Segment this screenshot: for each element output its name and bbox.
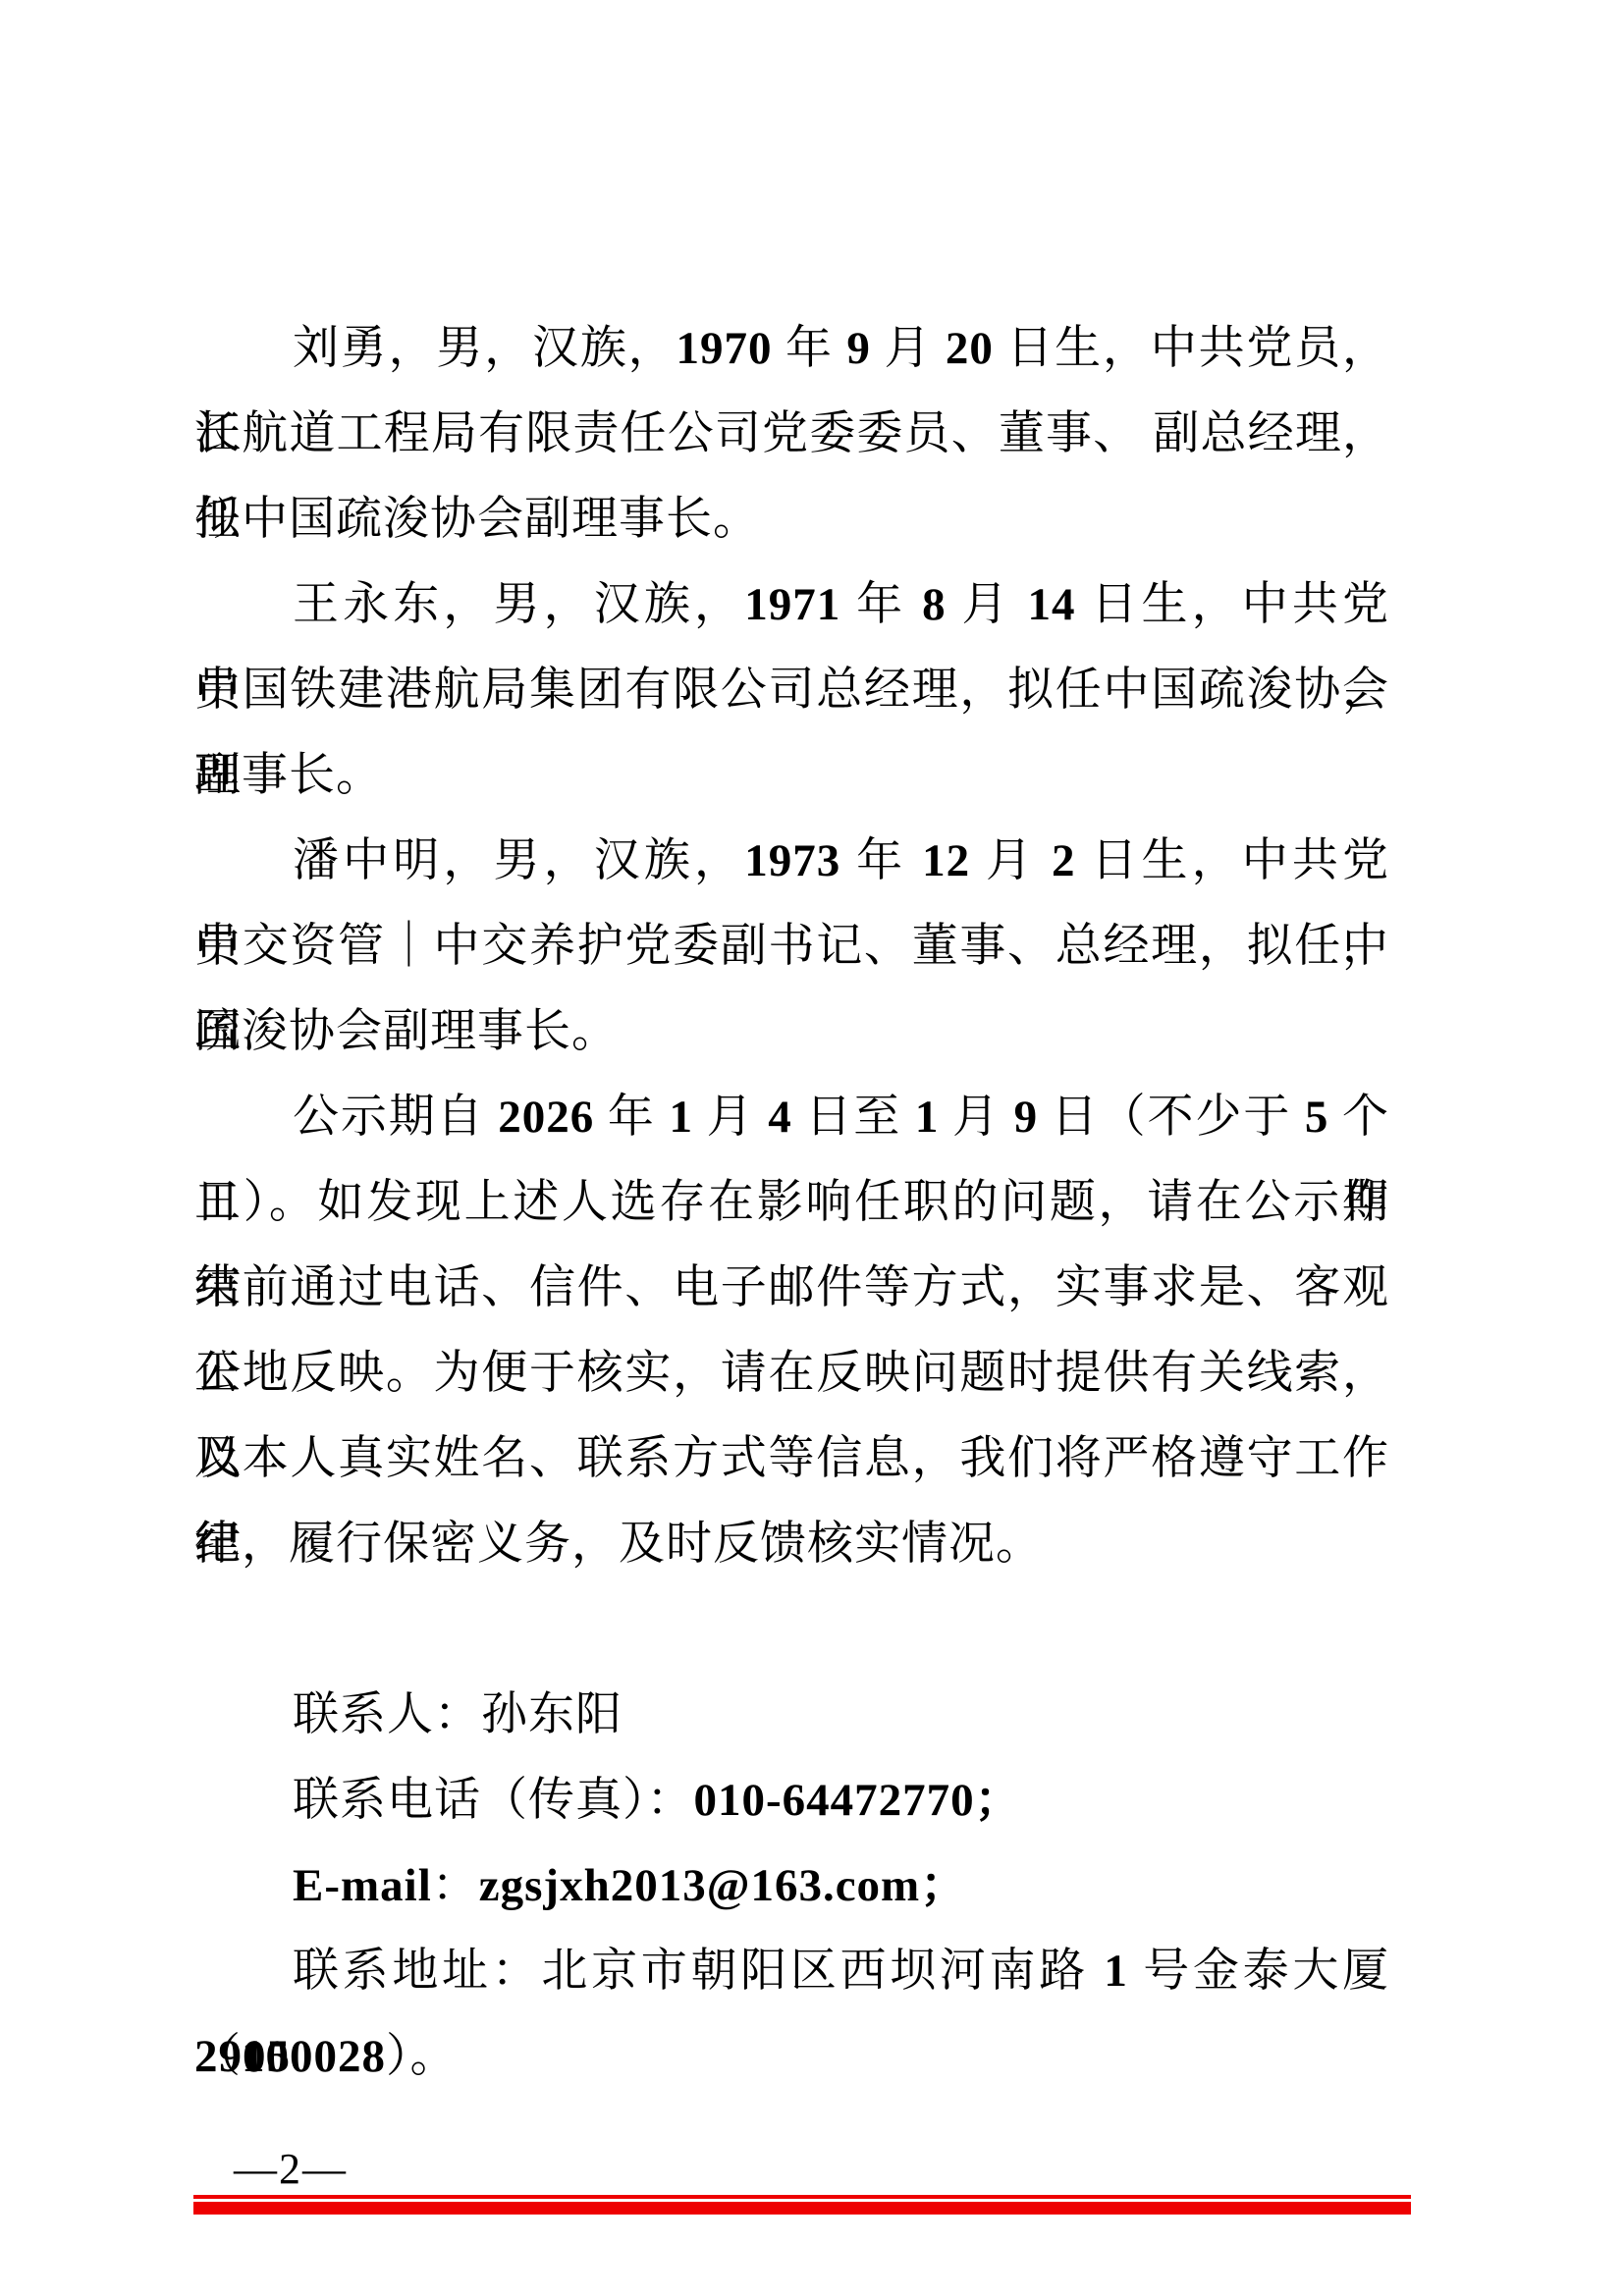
text-line: 刘勇，男，汉族，1970 年 9 月 20 日生，中共党员，长 bbox=[194, 306, 1389, 392]
text-segment: 月 bbox=[939, 1092, 1013, 1143]
text-segment: ）。 bbox=[386, 2031, 458, 2082]
text-line: 公示期自 2026 年 1 月 4 日至 1 月 9 日（不少于 5 个工作 bbox=[194, 1075, 1389, 1160]
text-line: 联系人：孙东阳 bbox=[194, 1673, 1389, 1758]
text-segment: 律，履行保密义务，及时反馈核实情况。 bbox=[194, 1519, 1043, 1570]
text-segment: 号金泰大厦 bbox=[1128, 1946, 1389, 1997]
text-line: 束前通过电话、信件、电子邮件等方式，实事求是、客观公 bbox=[194, 1246, 1389, 1331]
text-line: 律，履行保密义务，及时反馈核实情况。 bbox=[194, 1502, 1389, 1587]
text-segment: 年 bbox=[840, 835, 922, 886]
text-line: 联系电话（传真）：010-64472770； bbox=[194, 1758, 1389, 1843]
bold-text-segment: 5 bbox=[1305, 1092, 1329, 1143]
text-segment: 王永东，男，汉族， bbox=[293, 579, 744, 630]
text-segment: 月 bbox=[693, 1092, 768, 1143]
text-line: 任中国疏浚协会副理事长。 bbox=[194, 477, 1389, 562]
bold-text-segment: 8 bbox=[922, 579, 947, 630]
text-segment: 任中国疏浚协会副理事长。 bbox=[194, 494, 760, 545]
bold-text-segment: 010-64472770； bbox=[694, 1775, 1022, 1826]
bold-text-segment: 100028 bbox=[242, 2031, 386, 2082]
text-line: 潘中明，男，汉族，1973 年 12 月 2 日生，中共党员， bbox=[194, 819, 1389, 904]
bold-text-segment: 1973 bbox=[744, 835, 840, 886]
text-line: 王永东，男，汉族，1971 年 8 月 14 日生，中共党员， bbox=[194, 562, 1389, 648]
document-page: { "page": { "background": "#ffffff", "te… bbox=[0, 0, 1624, 2296]
text-segment: 日（不少于 bbox=[1038, 1092, 1305, 1143]
text-segment: 潘中明，男，汉族， bbox=[293, 835, 744, 886]
text-segment: 年 bbox=[594, 1092, 669, 1143]
bold-text-segment: 1970 bbox=[676, 323, 772, 374]
text-line: （100028）。 bbox=[194, 2014, 1389, 2100]
text-segment: 联系人：孙东阳 bbox=[293, 1689, 623, 1740]
text-segment: 联系电话（传真）： bbox=[293, 1775, 694, 1826]
bold-text-segment: 20 bbox=[946, 323, 994, 374]
text-segment: （ bbox=[194, 2031, 242, 2082]
text-segment: 公示期自 bbox=[293, 1092, 498, 1143]
text-line: 日）。如发现上述人选存在影响任职的问题，请在公示期结 bbox=[194, 1160, 1389, 1246]
text-segment: 年 bbox=[772, 323, 846, 374]
bold-text-segment: E-mail bbox=[293, 1860, 432, 1911]
bold-text-segment: zgsjxh2013@163.com； bbox=[479, 1860, 967, 1911]
text-segment: 刘勇，男，汉族， bbox=[293, 323, 676, 374]
text-line: 中国铁建港航局集团有限公司总经理，拟任中国疏浚协会副 bbox=[194, 648, 1389, 733]
bold-text-segment: 9 bbox=[846, 323, 871, 374]
text-line: 疏浚协会副理事长。 bbox=[194, 989, 1389, 1075]
body-text: 刘勇，男，汉族，1970 年 9 月 20 日生，中共党员，长江航道工程局有限责… bbox=[194, 306, 1389, 1587]
text-segment: 联系地址：北京市朝阳区西坝河南路 bbox=[293, 1946, 1104, 1997]
text-segment: 年 bbox=[840, 579, 922, 630]
bold-text-segment: 2 bbox=[1052, 835, 1076, 886]
bold-text-segment: 1 bbox=[915, 1092, 940, 1143]
bold-text-segment: 9 bbox=[1014, 1092, 1039, 1143]
footer-rule-thick bbox=[193, 2202, 1411, 2215]
bold-text-segment: 4 bbox=[768, 1092, 792, 1143]
bold-text-segment: 2026 bbox=[498, 1092, 594, 1143]
bold-text-segment: 12 bbox=[922, 835, 970, 886]
text-segment: 理事长。 bbox=[194, 750, 383, 801]
text-segment: ： bbox=[432, 1860, 479, 1911]
bold-text-segment: 1971 bbox=[744, 579, 840, 630]
bold-text-segment: 1 bbox=[670, 1092, 694, 1143]
bold-text-segment: 1 bbox=[1104, 1946, 1128, 1997]
text-line: 联系地址：北京市朝阳区西坝河南路 1 号金泰大厦 2905 bbox=[194, 1929, 1389, 2014]
text-line: 及本人真实姓名、联系方式等信息，我们将严格遵守工作纪 bbox=[194, 1416, 1389, 1502]
text-line: E-mail：zgsjxh2013@163.com； bbox=[194, 1843, 1389, 1929]
bold-text-segment: 14 bbox=[1028, 579, 1076, 630]
text-line: 理事长。 bbox=[194, 733, 1389, 819]
text-segment: 月 bbox=[947, 579, 1028, 630]
text-segment: 疏浚协会副理事长。 bbox=[194, 1006, 619, 1057]
text-line: 中交资管｜中交养护党委副书记、董事、总经理，拟任中国 bbox=[194, 904, 1389, 989]
page-number: —2— bbox=[234, 2146, 348, 2193]
text-line: 正地反映。为便于核实，请在反映问题时提供有关线索，以 bbox=[194, 1331, 1389, 1416]
text-segment: 日至 bbox=[792, 1092, 915, 1143]
text-segment: 月 bbox=[970, 835, 1052, 886]
text-line: 江航道工程局有限责任公司党委委员、董事、 副总经理，拟 bbox=[194, 392, 1389, 477]
footer-rule-thin bbox=[193, 2195, 1411, 2199]
contact-block: 联系人：孙东阳联系电话（传真）：010-64472770；E-mail：zgsj… bbox=[194, 1673, 1389, 2100]
text-segment: 月 bbox=[871, 323, 946, 374]
